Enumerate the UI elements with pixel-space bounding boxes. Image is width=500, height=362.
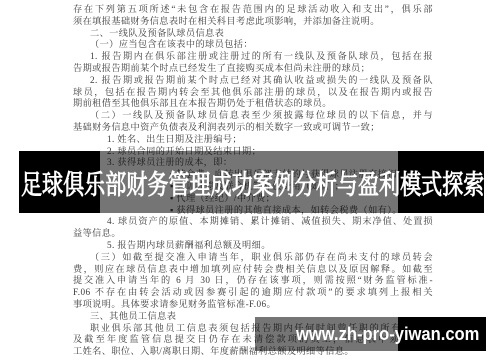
page: 存在下列第五项所述“未包含在报告范围内的足球活动收入和支出”，俱乐部须在填报基础… <box>0 0 500 362</box>
document-line: 费，则应在球员信息表中增加填列应付转会费相关信息以及原因解释。如截至 <box>73 264 435 276</box>
document-line: 2. 报告期或报告期前某个时点已经对其确认收益或损失的一线队及预备队 <box>73 75 435 87</box>
document-line: 须在填报基础财务信息表时在相关科目考虑此项影响，并添加备注说明。 <box>73 16 435 28</box>
document-line: 4. 球员资产的原值、本期摊销、累计摊销、减值损失、期末净值、处置损 <box>73 216 435 228</box>
watermark-url: www.zh-pro-yiwan.com <box>296 317 479 351</box>
document-line: 1. 姓名、出生日期及注册编号； <box>73 134 435 146</box>
document-line: 基础财务信息中资产负债表及利润表列示的相关数字一致或可调节一致； <box>73 122 435 134</box>
document-line: 告期或报告期前某个时点已经发生了直接购买成本但尚未注册的球员； <box>73 63 435 75</box>
document-line: 球员，包括在报告期内转会至其他俱乐部注册的球员，以及在报告期内或报告 <box>73 87 435 99</box>
document-line: 存在下列第五项所述“未包含在报告范围内的足球活动收入和支出”，俱乐部 <box>73 4 435 16</box>
document-line: 二、一线队及预备队球员信息表 <box>73 28 435 40</box>
document-line: 期前租借至其他俱乐部且在本报告期仍处于租借状态的球员。 <box>73 98 435 110</box>
document-line: 提交准入申请当年的 6 月 30 日，仍存在该事项，则需按照“财务监管标准- <box>73 275 435 287</box>
document-line: F.06 不存在由转会活动或因参赛引起的逾期应付款项”的要求填列上报相关 <box>73 287 435 299</box>
document-line: （二）一线队及预备队球员信息表至少须披露每位球员的以下信息，并与 <box>73 110 435 122</box>
document-line: （三）如截至提交准入申请当年，职业俱乐部仍存在尚未支付的球员转会 <box>73 252 435 264</box>
headline-title: 足球俱乐部财务管理成功案例分析与盈利模式探索 <box>21 151 484 213</box>
document-line: 益等信息。 <box>73 228 435 240</box>
document-line: （一）应当包含在该表中的球员包括： <box>73 39 435 51</box>
document-line: 1. 报告期内在俱乐部注册或注册过的所有一线队及预备队球员，包括在报 <box>73 51 435 63</box>
document-line: 事项说明。具体要求请参见财务监管标准-F.06。 <box>73 299 435 311</box>
document-line: 5. 报告期内球员薪酬福利总额及明细。 <box>73 240 435 252</box>
